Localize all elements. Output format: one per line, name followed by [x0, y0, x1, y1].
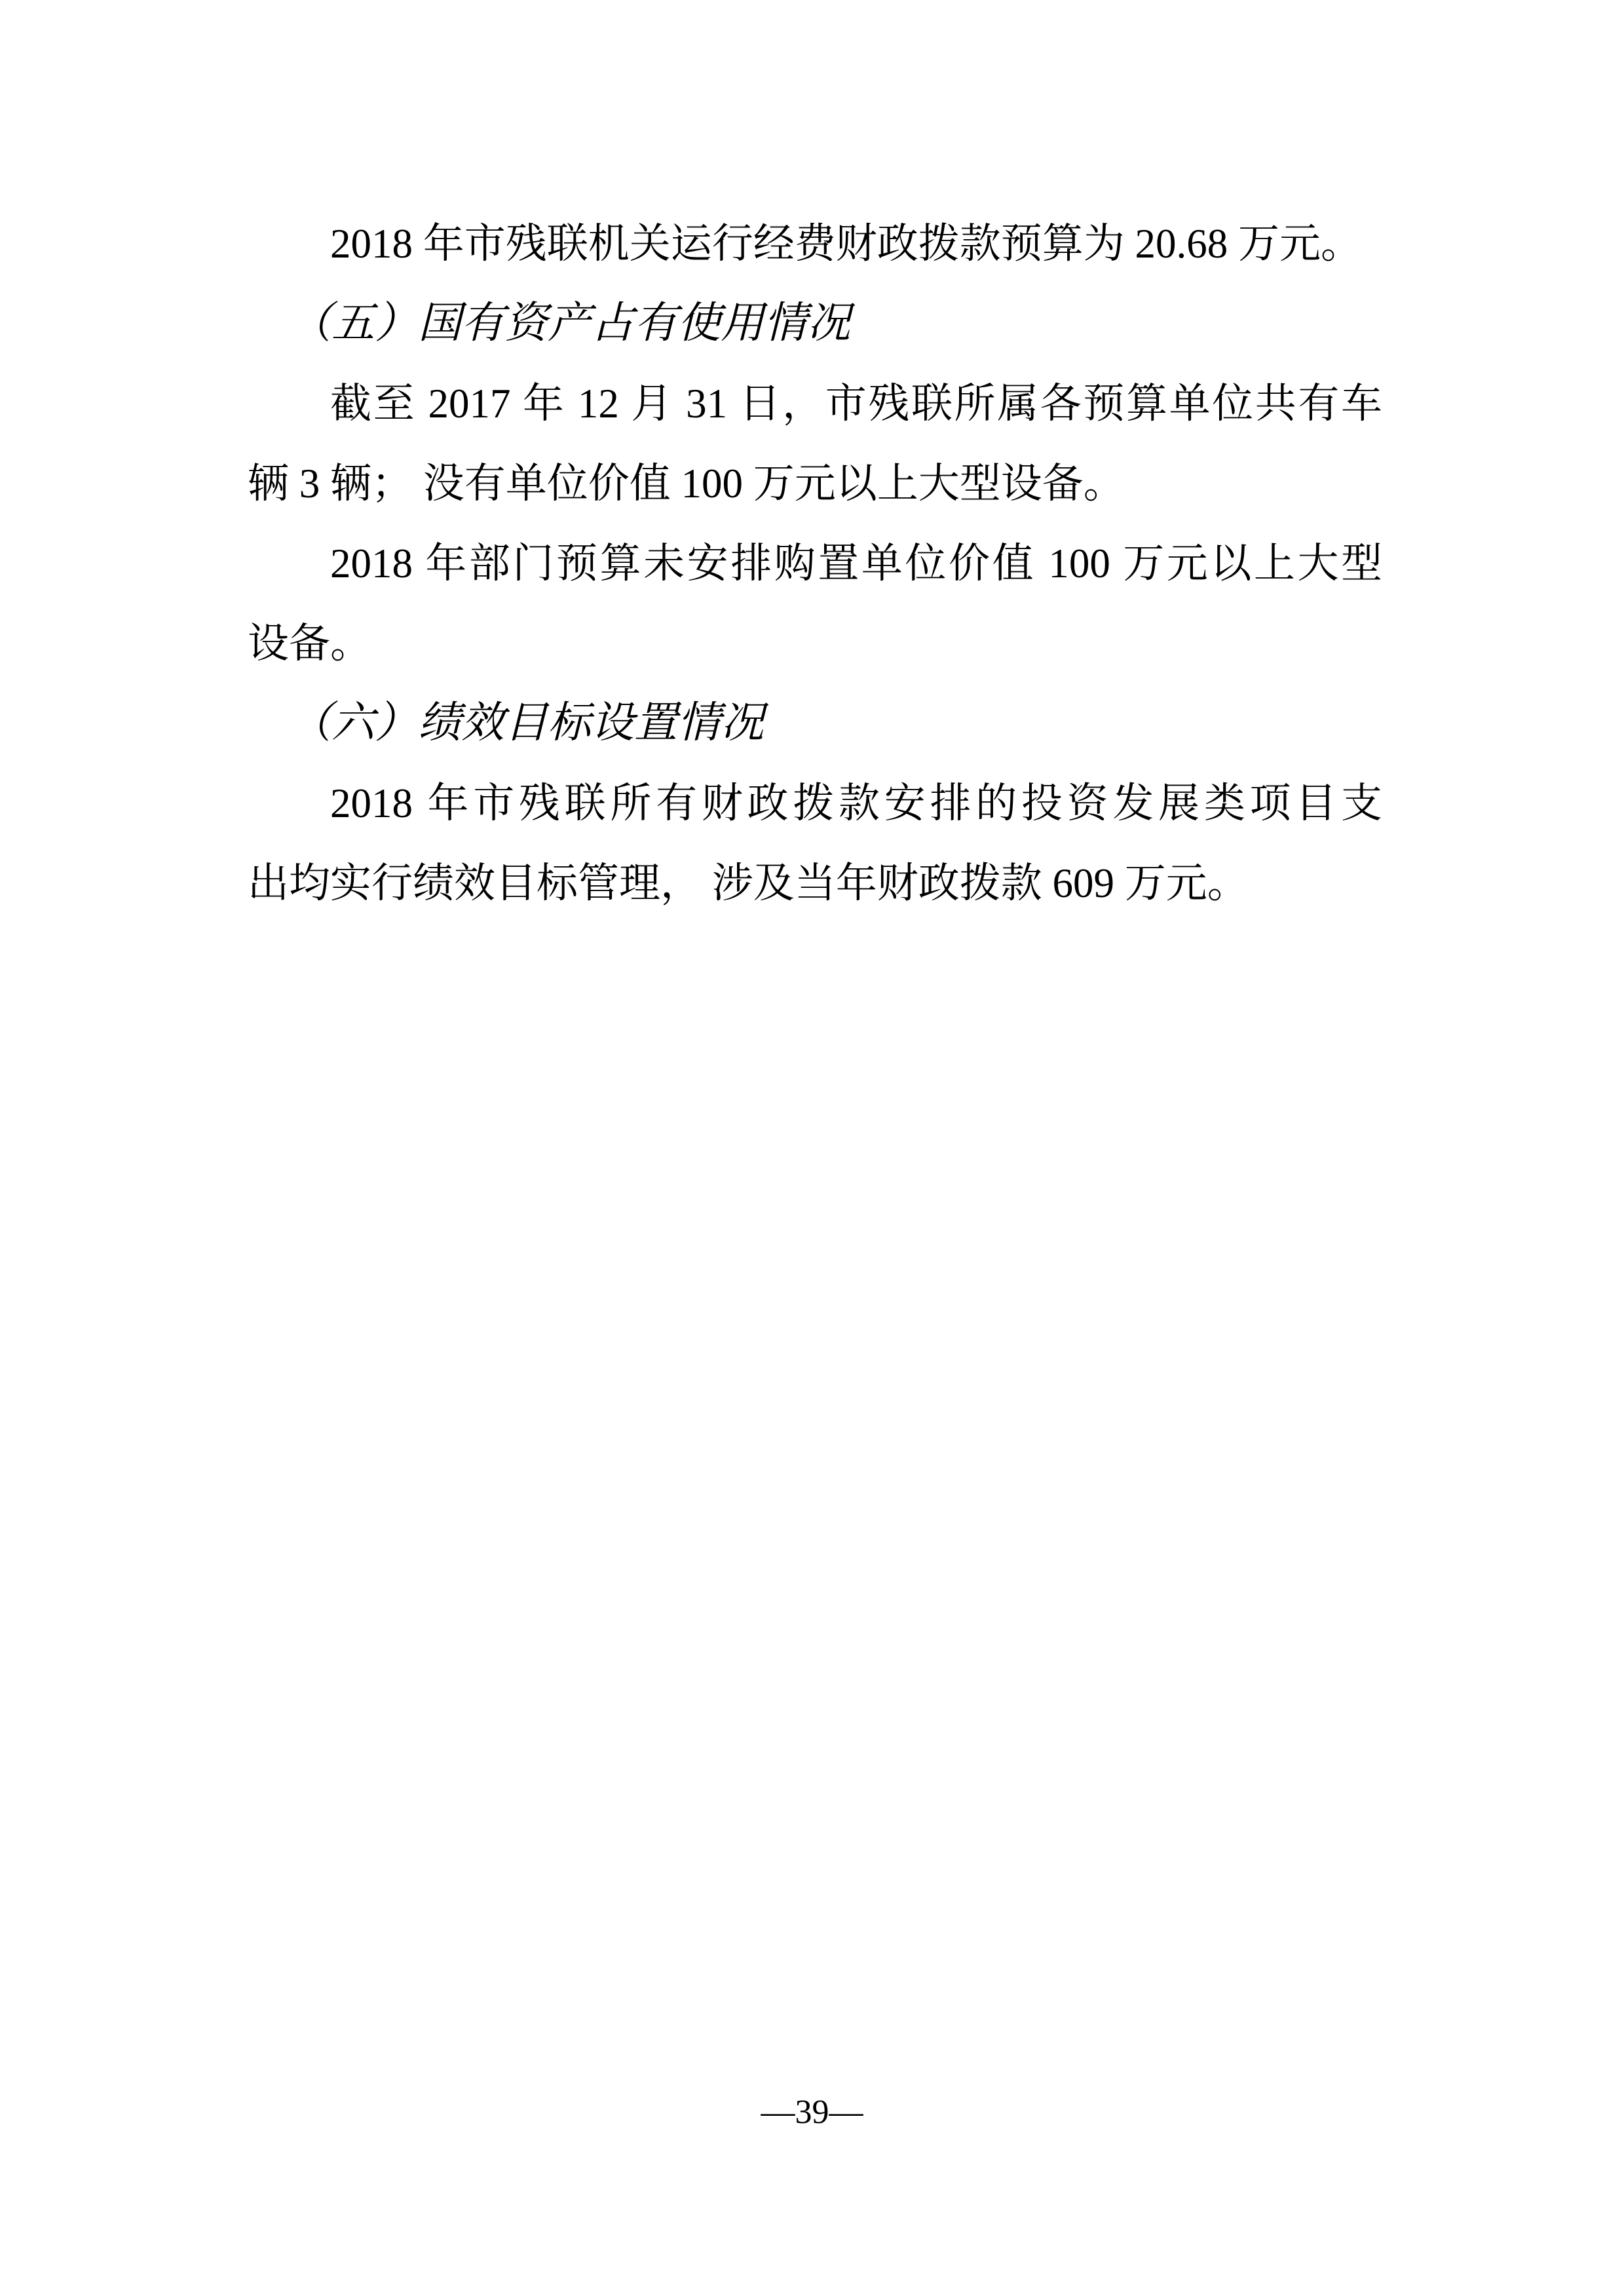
paragraph-line-equipment-2: 设备。: [248, 603, 1382, 683]
paragraph-line-vehicles-2: 辆 3 辆； 没有单位价值 100 万元以上大型设备。: [248, 444, 1382, 524]
paragraph-line-vehicles-1: 截至 2017 年 12 月 31 日，市残联所属各预算单位共有车: [248, 364, 1382, 444]
page-number: —39—: [0, 2095, 1624, 2130]
text-block: 2018 年市残联机关运行经费财政拨款预算为 20.68 万元。 （五）国有资产…: [248, 204, 1382, 923]
section-heading-6-performance-targets: （六）绩效目标设置情况: [248, 683, 1382, 763]
paragraph-line-performance-2: 出均实行绩效目标管理， 涉及当年财政拨款 609 万元。: [248, 843, 1382, 923]
paragraph-line-equipment-1: 2018 年部门预算未安排购置单位价值 100 万元以上大型: [248, 524, 1382, 603]
paragraph-line-performance-1: 2018 年市残联所有财政拨款安排的投资发展类项目支: [248, 763, 1382, 843]
section-heading-5-state-assets: （五）国有资产占有使用情况: [248, 284, 1382, 364]
document-page: 2018 年市残联机关运行经费财政拨款预算为 20.68 万元。 （五）国有资产…: [0, 0, 1624, 2296]
paragraph-line-operating-budget: 2018 年市残联机关运行经费财政拨款预算为 20.68 万元。: [248, 204, 1382, 284]
